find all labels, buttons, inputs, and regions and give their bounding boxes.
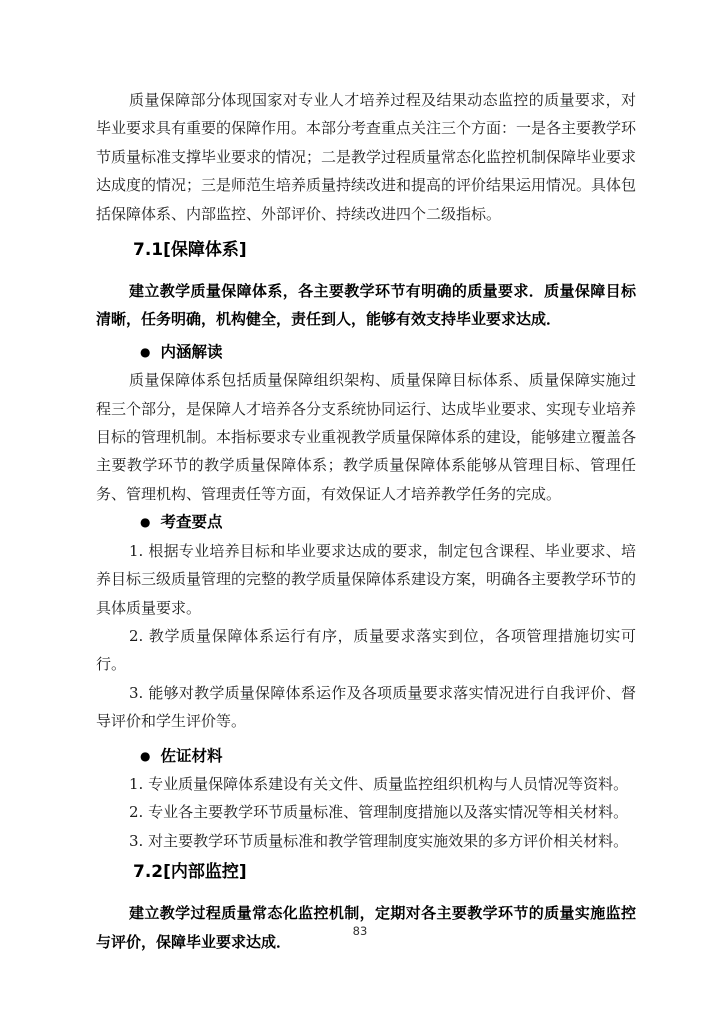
document-page: 质量保障部分体现国家对专业人才培养过程及结果动态监控的质量要求，对毕业要求具有重… xyxy=(0,0,720,1018)
bullet-icon: ● xyxy=(140,742,150,770)
bullet-icon: ● xyxy=(140,338,150,366)
bullet-heading-label: 内涵解读 xyxy=(160,343,222,361)
evidence-item-1: 1. 专业质量保障体系建设有关文件、质量监控组织机构与人员情况等资料。 xyxy=(96,770,636,798)
intro-paragraph: 质量保障部分体现国家对专业人才培养过程及结果动态监控的质量要求，对毕业要求具有重… xyxy=(96,86,636,228)
evidence-item-3: 3. 对主要教学环节质量标准和教学管理制度实施效果的多方评价相关材料。 xyxy=(96,827,636,855)
section-summary-7-1: 建立教学质量保障体系，各主要教学环节有明确的质量要求．质量保障目标清晰，任务明确… xyxy=(96,277,636,334)
bullet-icon: ● xyxy=(140,508,150,536)
key-point-item-2: 2. 教学质量保障体系运行有序，质量要求落实到位，各项管理措施切实可行。 xyxy=(96,622,636,679)
section-heading-7-1: 7.1[保障体系] xyxy=(96,235,636,265)
bullet-heading-evidence: ●佐证材料 xyxy=(96,742,636,770)
bullet-heading-key-points: ●考查要点 xyxy=(96,508,636,536)
key-point-item-1: 1. 根据专业培养目标和毕业要求达成的要求，制定包含课程、毕业要求、培养目标三级… xyxy=(96,537,636,622)
bullet-heading-connotation: ●内涵解读 xyxy=(96,338,636,366)
evidence-item-2: 2. 专业各主要教学环节质量标准、管理制度措施以及落实情况等相关材料。 xyxy=(96,798,636,826)
bullet-heading-label: 考查要点 xyxy=(160,513,222,531)
bullet-heading-label: 佐证材料 xyxy=(160,747,222,765)
page-body: 质量保障部分体现国家对专业人才培养过程及结果动态监控的质量要求，对毕业要求具有重… xyxy=(96,86,636,956)
section-heading-7-2: 7.2[内部监控] xyxy=(96,857,636,887)
connotation-paragraph: 质量保障体系包括质量保障组织架构、质量保障目标体系、质量保障实施过程三个部分，是… xyxy=(96,366,636,508)
key-point-item-3: 3. 能够对教学质量保障体系运作及各项质量要求落实情况进行自我评价、督导评价和学… xyxy=(96,679,636,736)
page-number: 83 xyxy=(0,924,720,938)
